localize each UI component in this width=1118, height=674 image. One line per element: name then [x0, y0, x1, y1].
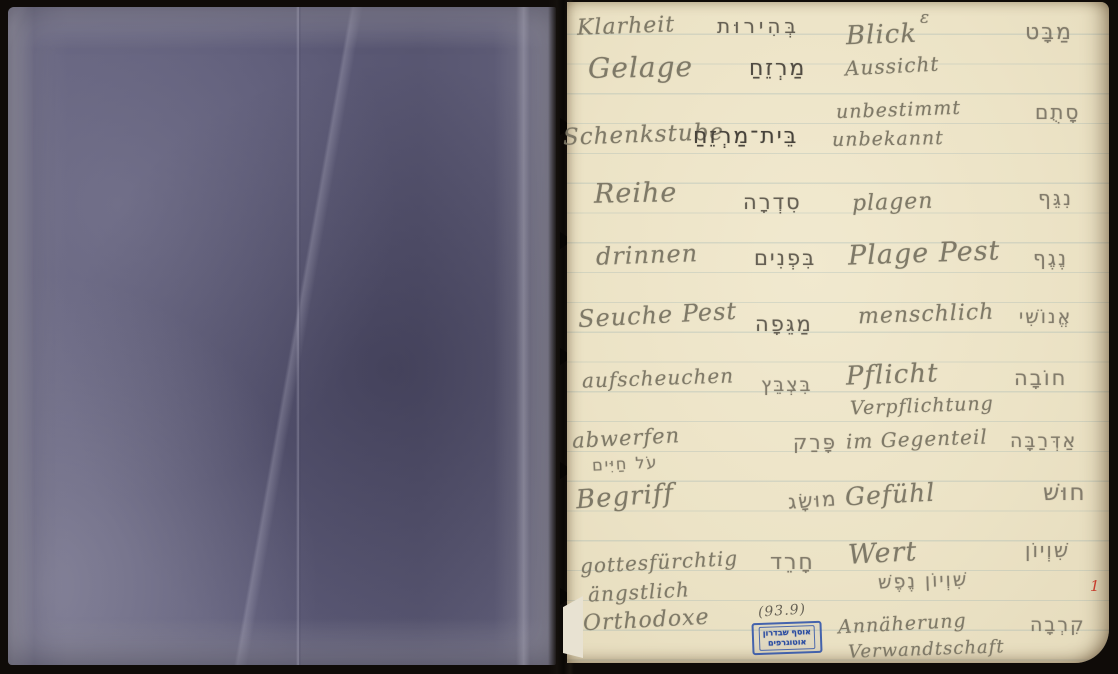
- hebrew-gelage: מַרְזֵחַ: [749, 56, 806, 81]
- german-unbestimmt: unbestimmt: [836, 97, 962, 123]
- hebrew-reihe: סִדְרָה: [743, 190, 802, 214]
- german-unbekannt: unbekannt: [832, 127, 944, 151]
- german-verwandtschaft: Verwandtschaft: [848, 636, 1005, 662]
- notebook-page: Klarheit Gelage Schenkstube Reihe drinne…: [567, 2, 1109, 663]
- german-wert: Wert: [847, 536, 918, 571]
- library-stamp-text: אוסף שבדרון אוטוגרפים: [759, 625, 816, 651]
- german-gefuehl: Gefühl: [844, 478, 936, 512]
- hebrew-plage-pest: נֶגֶף: [1033, 246, 1068, 270]
- hebrew-menschlich: אֱנוֹשִׁי: [1019, 306, 1072, 328]
- german-menschlich: menschlich: [858, 300, 995, 330]
- red-page-number: 1: [1090, 577, 1100, 595]
- german-drinnen: drinnen: [596, 239, 699, 271]
- german-pflicht: Pflicht: [846, 358, 940, 391]
- hebrew-seuche-pest: מַגֵּפָה: [755, 312, 813, 336]
- german-aussicht: Aussicht: [844, 52, 940, 81]
- hebrew-abwerfen: פָּרַק: [793, 430, 837, 454]
- notebook-cover: [8, 7, 556, 665]
- hebrew-unbestimmt: סָתֻם: [1035, 100, 1080, 124]
- hebrew-note-ol-chayim: עֹל חַיִּים: [592, 452, 659, 474]
- pencil-shelfmark: (93.9): [758, 601, 807, 620]
- photo-backdrop: Klarheit Gelage Schenkstube Reihe drinne…: [0, 0, 1118, 674]
- german-plagen: plagen: [852, 189, 934, 217]
- hebrew-plagen: נִגֵּף: [1038, 186, 1073, 210]
- german-im-gegenteil: im Gegenteil: [846, 425, 988, 454]
- hebrew-shivyon-nefesh: שִׁוְיוֹן נֶפֶשׁ: [878, 568, 969, 593]
- epsilon-mark: ε: [920, 8, 930, 28]
- cover-spine-crease: [516, 7, 530, 665]
- german-begriff: Begriff: [575, 479, 675, 516]
- hebrew-annaeherung: קִרְבָה: [1030, 614, 1086, 636]
- hebrew-gottesfuerchtig: חָרֵד: [770, 550, 815, 575]
- german-aengstlich: ängstlich: [587, 577, 690, 606]
- german-verpflichtung: Verpflichtung: [850, 392, 994, 419]
- hebrew-aufscheuchen: בִּצְבֵּץ: [761, 374, 813, 396]
- german-klarheit: Klarheit: [577, 12, 676, 40]
- german-gelage: Gelage: [588, 50, 694, 85]
- hebrew-wert: שִׁוְיוֹן: [1025, 538, 1070, 562]
- german-abwerfen: abwerfen: [571, 423, 680, 453]
- stamp-text-line2: אוטוגרפים: [763, 637, 811, 649]
- library-stamp: אוסף שבדרון אוטוגרפים: [751, 621, 822, 655]
- hebrew-pflicht: חוֹבָה: [1014, 366, 1067, 390]
- hebrew-blick: מַבָּט: [1025, 20, 1073, 45]
- hebrew-schenkstube: בֵּית־מַרְזֵחַ: [693, 124, 798, 149]
- hebrew-im-gegenteil: אַדְּרַבָּה: [1010, 430, 1077, 452]
- german-gottesfuerchtig: gottesfürchtig: [579, 546, 738, 578]
- german-seuche-pest: Seuche Pest: [577, 297, 737, 333]
- hebrew-klarheit: בְּהִירוּת: [717, 14, 800, 38]
- german-reihe: Reihe: [594, 177, 678, 209]
- german-annaeherung: Annäherung: [838, 610, 968, 639]
- german-orthodoxe: Orthodoxe: [582, 605, 710, 637]
- german-blick: Blick: [845, 19, 917, 51]
- german-plage-pest: Plage Pest: [848, 235, 1001, 271]
- cover-fold-crease: [296, 7, 301, 665]
- hebrew-begriff: מוּשָׂג: [787, 486, 838, 513]
- german-aufscheuchen: aufscheuchen: [582, 363, 735, 392]
- hebrew-drinnen: בִּפְנִים: [754, 246, 816, 270]
- hebrew-gefuehl: חוּשׁ: [1043, 480, 1087, 506]
